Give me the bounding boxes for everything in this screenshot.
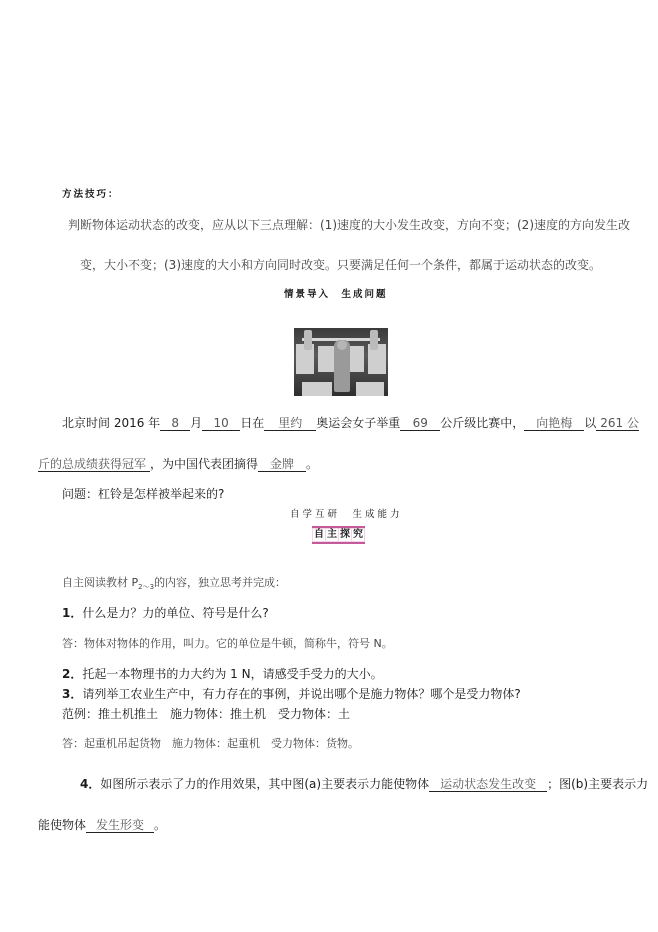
question-number: 2． [62,667,82,681]
question-text: 什么是力？力的单位、符号是什么? [82,606,268,620]
question-text: ；图(b)主要表示力 [547,777,648,791]
blank-answer-a: 运动状态发生改变 [429,777,547,792]
self-study-heading: 自学互研 生成能力 [290,506,403,520]
text: 以 [584,416,596,430]
blank-city: 里约 [264,416,316,431]
question-text: 如图所示表示了力的作用效果，其中图(a)主要表示力能使物体 [100,777,429,791]
weightlifter-photo [294,328,388,396]
question-number: 1． [62,606,82,620]
blank-day: 10 [202,416,240,431]
text: 奥运会女子举重 [316,416,400,430]
blank-month: 8 [160,416,190,431]
question-text: 请列举工农业生产中，有力存在的事例，并说出哪个是施力物体？哪个是受力物体? [82,687,520,701]
question-number: 3． [62,687,82,701]
question-text: 。 [154,818,166,832]
badge-char: 自 [313,529,325,541]
scene-intro-heading: 情景导入 生成问题 [284,286,388,300]
question-3: 3．请列举工农业生产中，有力存在的事例，并说出哪个是施力物体？哪个是受力物体? [62,686,521,702]
page-range: 2～3 [138,583,154,591]
text: 自主阅读教材 P [62,576,138,589]
question-2: 2．托起一本物理书的力大约为 1 N，请感受手受力的大小。 [62,666,383,682]
question-text: 能使物体 [38,818,86,832]
question-text: 托起一本物理书的力大约为 1 N，请感受手受力的大小。 [82,667,382,681]
text: 北京时间 2016 年 [62,416,160,430]
blank-weight-class: 69 [400,416,440,431]
blank-score: 261 公 [596,416,639,431]
self-explore-badge: 自 主 探 究 [312,526,365,544]
text: 日在 [240,416,264,430]
text: 月 [190,416,202,430]
blank-medal: 金牌 [258,457,306,472]
method-tip-line-2: 变，大小不变；(3)速度的大小和方向同时改变。只要满足任何一个条件，都属于运动状… [80,257,601,273]
method-tip-line-1: 判断物体运动状态的改变，应从以下三点理解：(1)速度的大小发生改变，方向不变；(… [68,217,630,233]
question-number: 4． [80,777,100,791]
question-4-line-1: 4．如图所示表示了力的作用效果，其中图(a)主要表示力能使物体运动状态发生改变；… [80,776,648,792]
text: 公斤级比赛中， [440,416,524,430]
text: ，为中国代表团摘得 [150,457,258,471]
self-study-intro: 自主阅读教材 P2～3的内容，独立思考并完成： [62,575,286,595]
badge-char: 探 [339,529,351,541]
blank-answer-b: 发生形变 [86,818,154,833]
question-4-line-2: 能使物体发生形变。 [38,817,166,833]
answer-3: 答：起重机吊起货物 施力物体：起重机 受力物体：货物。 [62,736,359,751]
badge-char: 主 [326,529,338,541]
example-3: 范例：推土机推土 施力物体：推土机 受力物体：土 [62,706,350,722]
blank-result: 斤的总成绩获得冠军 [38,457,150,472]
badge-char: 究 [352,529,364,541]
text: 的内容，独立思考并完成： [154,576,286,589]
answer-1: 答：物体对物体的作用，叫力。它的单位是牛顿，简称牛，符号 N。 [62,636,393,651]
method-tip-heading: 方法技巧： [62,186,120,200]
scene-sentence-line-2: 斤的总成绩获得冠军，为中国代表团摘得金牌。 [38,456,318,472]
scene-question: 问题：杠铃是怎样被举起来的? [62,486,224,502]
question-1: 1．什么是力？力的单位、符号是什么? [62,605,269,621]
text: 。 [306,457,318,471]
scene-sentence-line-1: 北京时间 2016 年8月10日在里约奥运会女子举重69公斤级比赛中，向艳梅以2… [62,415,639,431]
blank-athlete: 向艳梅 [524,416,584,431]
